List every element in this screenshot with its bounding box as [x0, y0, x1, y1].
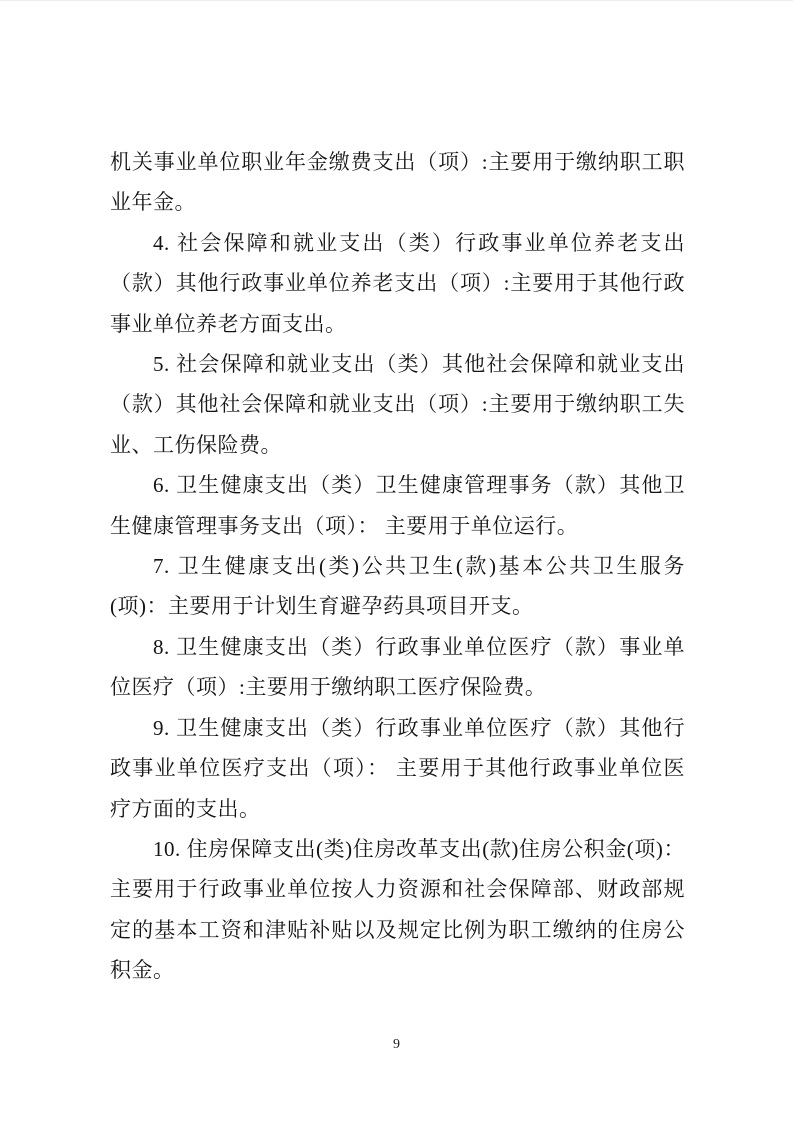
- paragraph-item-4: 4. 社会保障和就业支出（类）行政事业单位养老支出（款）其他行政事业单位养老支出…: [110, 223, 685, 344]
- paragraph-item-10: 10. 住房保障支出(类)住房改革支出(款)住房公积金(项)：主要用于行政事业单…: [110, 829, 685, 991]
- page-number: 9: [0, 1037, 793, 1053]
- paragraph-continuation: 机关事业单位职业年金缴费支出（项）:主要用于缴纳职工职业年金。: [110, 142, 685, 223]
- paragraph-item-8: 8. 卫生健康支出（类）行政事业单位医疗（款）事业单位医疗（项）:主要用于缴纳职…: [110, 627, 685, 708]
- document-page: 机关事业单位职业年金缴费支出（项）:主要用于缴纳职工职业年金。 4. 社会保障和…: [0, 1, 793, 1122]
- paragraph-item-5: 5. 社会保障和就业支出（类）其他社会保障和就业支出（款）其他社会保障和就业支出…: [110, 344, 685, 465]
- paragraph-item-9: 9. 卫生健康支出（类）行政事业单位医疗（款）其他行政事业单位医疗支出（项）： …: [110, 708, 685, 829]
- document-body: 机关事业单位职业年金缴费支出（项）:主要用于缴纳职工职业年金。 4. 社会保障和…: [110, 142, 685, 991]
- paragraph-item-7: 7. 卫生健康支出(类)公共卫生(款)基本公共卫生服务(项)：主要用于计划生育避…: [110, 546, 685, 627]
- paragraph-item-6: 6. 卫生健康支出（类）卫生健康管理事务（款）其他卫生健康管理事务支出（项）： …: [110, 465, 685, 546]
